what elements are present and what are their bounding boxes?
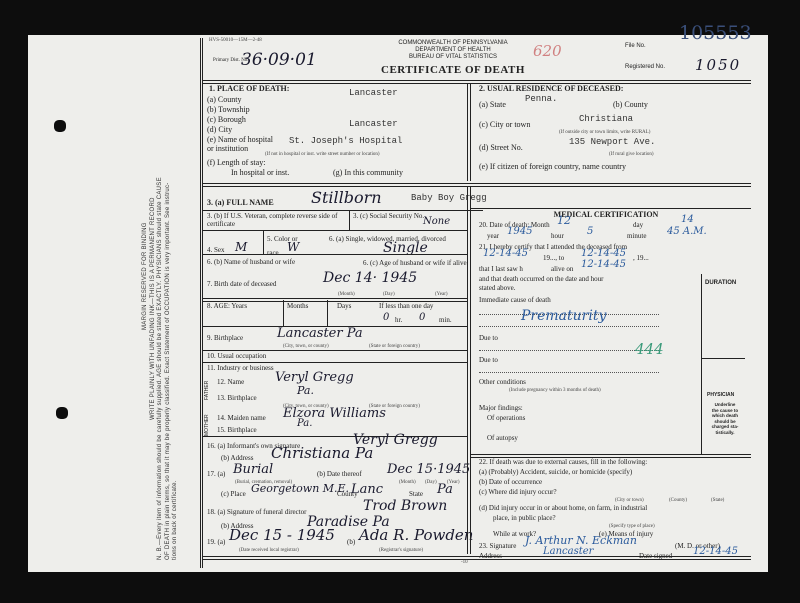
hospital-value: St. Joseph's Hospital (289, 136, 402, 146)
birthplace-label: 9. Birthplace (207, 334, 243, 342)
file-no-label: File No. (625, 43, 646, 49)
binding-hole-bottom (56, 407, 68, 419)
city-value: Lancaster (349, 119, 398, 129)
other-conditions-label: Other conditions (479, 378, 526, 386)
birthplace-value: Lancaster Pa (277, 326, 363, 341)
birth-value: Dec 14· 1945 (323, 270, 417, 286)
divider (701, 358, 745, 359)
father-birthplace-value: Pa. (297, 384, 314, 397)
attended-to-value: 12-14-45 (581, 248, 626, 259)
hr-value: 0 (383, 312, 389, 323)
death-day-label: day (633, 221, 643, 229)
agency-line-2: DEPARTMENT OF HEALTH (383, 47, 523, 54)
burial-date-sub-month: (Month) (399, 480, 416, 485)
agency-line-3: BUREAU OF VITAL STATISTICS (383, 54, 523, 61)
due-to-2-label: Due to (479, 356, 498, 364)
margin-instructions: MARGIN RESERVED FOR BINDING WRITE PLAINL… (142, 177, 180, 560)
ssn-value: None (423, 216, 450, 227)
occupation-label: 10. Usual occupation (207, 352, 266, 360)
divider (471, 208, 751, 209)
stamp-number: 620 (533, 42, 562, 60)
divider (701, 274, 702, 454)
birthplace-sub-state: (State or foreign country) (369, 344, 420, 349)
nineteen-label: , 19... (633, 254, 649, 262)
margin-line-5: tions on back of certificate. (172, 177, 180, 560)
res-city-label: (c) City or town (479, 120, 530, 129)
father-side-label: FATHER (204, 381, 210, 400)
external-c-label: (c) Where did injury occur? (479, 488, 557, 496)
dotted-line (479, 372, 659, 373)
age-label: 8. AGE: Years (207, 302, 247, 310)
stay-label: (f) Length of stay: (207, 158, 265, 167)
burial-state-value: Pa (437, 482, 453, 497)
burial-county-value: Lanc (351, 482, 383, 497)
divider (467, 83, 471, 181)
external-b-label: (b) Date of occurrence (479, 478, 542, 486)
divider (203, 183, 751, 187)
death-minute-label: minute (627, 232, 646, 240)
death-year-value: 1945 (507, 226, 532, 237)
full-name-handwritten: Stillborn (311, 188, 382, 207)
death-hour-value: 5 (587, 226, 593, 237)
hospital-note: (If not in hospital or inst. write stree… (265, 152, 380, 157)
industry-label: 11. Industry or business (207, 364, 274, 372)
death-month-value: 12 (557, 214, 571, 227)
state-value: Penna. (525, 94, 557, 104)
registrar-label-a: 19. (a) (207, 538, 225, 546)
community-label: (g) In this community (333, 168, 403, 177)
county-label: (a) County (207, 95, 241, 104)
father-birthplace-label: 13. Birthplace (217, 394, 257, 402)
divider (203, 230, 467, 231)
less-day-label: If less than one day (379, 302, 433, 310)
hr-label: hr. (395, 316, 402, 324)
foreign-label: (e) If citizen of foreign country, name … (479, 162, 626, 171)
death-minute-value: 45 A.M. (667, 226, 707, 237)
state-label: (a) State (479, 100, 506, 109)
registrar-label-b: (b) (347, 538, 355, 546)
city-label: (d) City (207, 125, 232, 134)
residence-heading: 2. USUAL RESIDENCE OF DECEASED: (479, 84, 623, 93)
duration-heading: DURATION (705, 280, 736, 286)
burial-place-value: Georgetown M.E. (251, 482, 349, 495)
divider (203, 254, 467, 255)
footer-code: -10 (461, 560, 468, 565)
place-of-death-heading: 1. PLACE OF DEATH: (209, 84, 289, 93)
immediate-cause-value: Prematurity (521, 308, 606, 324)
last-saw-label: that I last saw h (479, 265, 523, 273)
external-d-label-2: place, in public place? (493, 514, 556, 522)
full-name-typed: Baby Boy Gregg (411, 193, 487, 203)
margin-line-3: N. B.—Every item of information should b… (157, 177, 165, 560)
file-no-value: 105553 (679, 22, 752, 44)
burial-method-value: Burial (233, 462, 273, 477)
margin-line-2: WRITE PLAINLY WITH UNFADING INK—THIS IS … (150, 177, 158, 560)
external-c-sub-city: (City or town) (615, 498, 644, 503)
spouse-label: 6. (b) Name of husband or wife (207, 258, 295, 266)
external-c-sub-county: (County) (669, 498, 687, 503)
birth-sub-year: (Year) (435, 292, 448, 297)
divider (203, 556, 751, 560)
full-name-label: 3. (a) FULL NAME (207, 198, 274, 207)
occurred-line-2: stated above. (479, 284, 516, 292)
margin-line-1: MARGIN RESERVED FOR BINDING (142, 177, 150, 560)
burial-place-label: (c) Place (221, 490, 246, 498)
physician-note-line: tistically. (703, 430, 747, 436)
physician-heading: PHYSICIAN (707, 392, 734, 398)
burial-date-sub-day: (Day) (425, 480, 437, 485)
death-hour-label: hour (551, 232, 564, 240)
father-name-value: Veryl Gregg (275, 370, 354, 385)
external-a-label: (a) (Probably) Accident, suicide, or hom… (479, 468, 632, 476)
res-city-note: (If outside city or town limits, write R… (559, 130, 650, 135)
attended-from-value: 12-14-45 (483, 248, 528, 259)
street-value: 135 Newport Ave. (569, 137, 655, 147)
days-label: Days (337, 302, 351, 310)
burial-state-label: State (409, 490, 423, 498)
operations-label: Of operations (487, 414, 525, 422)
death-year-label: year (487, 232, 499, 240)
funeral-director-label: 18. (a) Signature of funeral director (207, 508, 307, 516)
external-d-sub: (Specify type of place) (609, 524, 655, 529)
registrar-sig-sub: (Registrar's signature) (379, 548, 423, 553)
stay-inst-label: In hospital or inst. (231, 168, 289, 177)
veteran-label: 3. (b) If U.S. Veteran, complete reverse… (207, 212, 347, 228)
mother-side-label: MOTHER (204, 414, 210, 436)
occurred-line-1: and that death occurred on the date and … (479, 275, 603, 283)
dotted-line (479, 326, 659, 327)
agency-line-1: COMMONWEALTH OF PENNSYLVANIA (383, 40, 523, 47)
divider (467, 186, 471, 554)
res-city-value: Christiana (579, 114, 633, 124)
divider (263, 230, 264, 254)
major-findings-label: Major findings: (479, 404, 523, 412)
death-day-value: 14 (681, 214, 694, 225)
borough-label: (c) Borough (207, 115, 246, 124)
burial-label: 17. (a) (207, 470, 225, 478)
min-label: min. (439, 316, 452, 324)
mother-birthplace-label: 15. Birthplace (217, 426, 257, 434)
due-to-1-label: Due to (479, 334, 498, 342)
street-note: (If rural give location) (609, 152, 654, 157)
registrar-date-sub: (Date received local registrar) (239, 548, 299, 553)
margin-line-4: OF DEATH in plain terms, so that it may … (165, 177, 173, 560)
county-value: Lancaster (349, 88, 398, 98)
funeral-director-value: Trod Brown (363, 498, 447, 514)
birthplace-sub-city: (City, town, or county) (283, 344, 329, 349)
external-c-sub-state: (State) (711, 498, 724, 503)
death-certificate-form: HVS-50010—15M—2-48 Primary Dist. No. 36·… (200, 38, 751, 568)
immediate-cause-label: Immediate cause of death (479, 296, 551, 304)
primary-dist-label: Primary Dist. No. (213, 58, 233, 64)
binding-hole-top (54, 120, 66, 132)
res-county-label: (b) County (613, 100, 648, 109)
external-heading: 22. If death was due to external causes,… (479, 458, 647, 466)
divider (203, 362, 467, 363)
cause-code-value: 444 (635, 340, 664, 358)
external-d-label-1: (d) Did injury occur in or about home, o… (479, 504, 647, 512)
physician-signature-label: 23. Signature (479, 542, 516, 550)
birth-sub-day: (Day) (383, 292, 395, 297)
alive-label: alive on (551, 265, 573, 273)
certificate-title: CERTIFICATE OF DEATH (381, 64, 525, 76)
sex-value: M (235, 240, 247, 254)
sex-label: 4. Sex (207, 246, 225, 254)
registered-no-value: 1050 (695, 56, 741, 74)
to-label: 19..., to (543, 254, 564, 262)
min-value: 0 (419, 312, 425, 323)
birth-label: 7. Birth date of deceased (207, 280, 276, 288)
spouse-age-label: 6. (c) Age of husband or wife if alive (363, 258, 467, 268)
primary-dist-value: 36·09·01 (241, 50, 317, 70)
father-name-label: 12. Name (217, 378, 244, 386)
months-label: Months (287, 302, 308, 310)
autopsy-label: Of autopsy (487, 434, 518, 442)
agency-block: COMMONWEALTH OF PENNSYLVANIA DEPARTMENT … (383, 40, 523, 61)
divider (203, 350, 467, 351)
street-label: (d) Street No. (479, 143, 523, 152)
divider (203, 210, 483, 211)
hospital-label: (e) Name of hospital or institution (207, 135, 277, 153)
informant-address-value: Christiana Pa (271, 444, 373, 462)
divider (349, 210, 350, 230)
birth-sub-month: (Month) (338, 292, 355, 297)
divider (327, 300, 328, 326)
other-conditions-note: (Include pregnancy within 3 months of de… (509, 388, 601, 393)
form-code: HVS-50010—15M—2-48 (209, 38, 262, 43)
township-label: (b) Township (207, 105, 250, 114)
mother-maiden-label: 14. Maiden name (217, 414, 266, 422)
registered-no-label: Registered No. (625, 64, 665, 70)
divider (283, 300, 284, 326)
medical-heading: MEDICAL CERTIFICATION (471, 210, 741, 219)
burial-date-label: (b) Date thereof (317, 470, 362, 478)
color-value: W (287, 240, 299, 254)
registrar-signature-value: Ada R. Powden (359, 526, 473, 544)
physician-note: Underline the cause to which death shoul… (703, 402, 747, 435)
informant-address-label: (b) Address (221, 454, 253, 462)
alive-on-value: 12-14-45 (581, 259, 626, 270)
dotted-line (479, 350, 659, 351)
registrar-date-value: Dec 15 - 1945 (229, 526, 335, 544)
mother-birthplace-value: Pa. (297, 418, 312, 429)
burial-date-value: Dec 15·1945 (387, 462, 470, 477)
